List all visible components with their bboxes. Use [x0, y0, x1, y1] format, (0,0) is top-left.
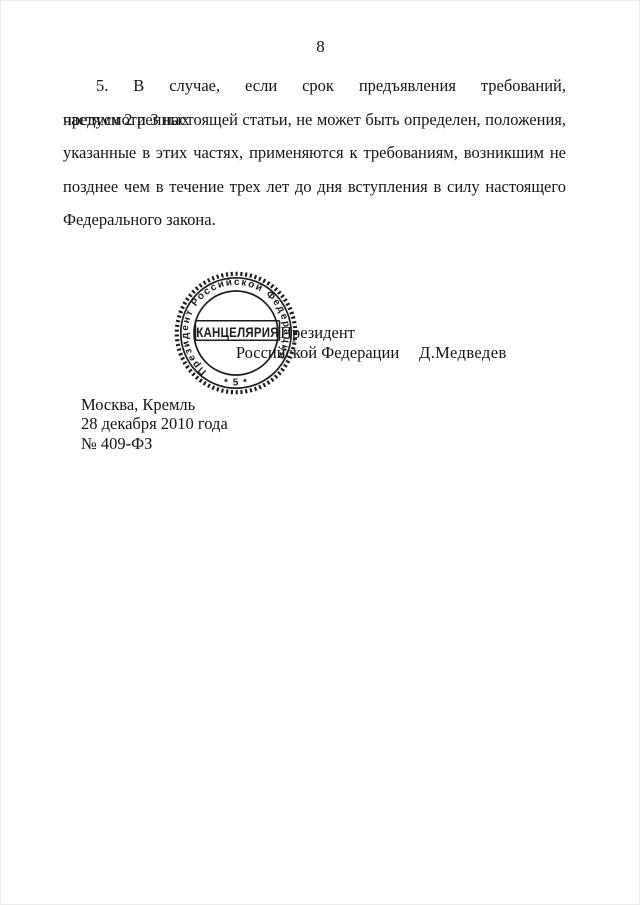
issue-date: 28 декабря 2010 года	[81, 414, 228, 433]
paragraph-line: 5. В случае, если срок предъявления треб…	[63, 69, 566, 103]
stamp-center-text: КАНЦЕЛЯРИЯ	[196, 324, 279, 340]
paragraph-line: Федерального закона.	[63, 203, 566, 237]
issue-details: Москва, Кремль 28 декабря 2010 года № 40…	[81, 395, 228, 453]
chancellery-stamp-icon: Президент Российской Федерации * 5 * КАН…	[173, 270, 299, 396]
issue-place: Москва, Кремль	[81, 395, 228, 414]
paragraph-line: указанные в этих частях, применяются к т…	[63, 136, 566, 170]
signatory-name: Д.Медведев	[419, 343, 507, 363]
paragraph-line: частями 2 и 3 настоящей статьи, не может…	[63, 103, 566, 137]
paragraph-line: позднее чем в течение трех лет до дня вс…	[63, 170, 566, 204]
stamp-number-text: * 5 *	[224, 378, 248, 389]
document-page: 8 5. В случае, если срок предъявления тр…	[0, 0, 640, 905]
page-number: 8	[69, 37, 572, 57]
law-paragraph: 5. В случае, если срок предъявления треб…	[63, 69, 566, 237]
issue-number: № 409-ФЗ	[81, 434, 228, 453]
